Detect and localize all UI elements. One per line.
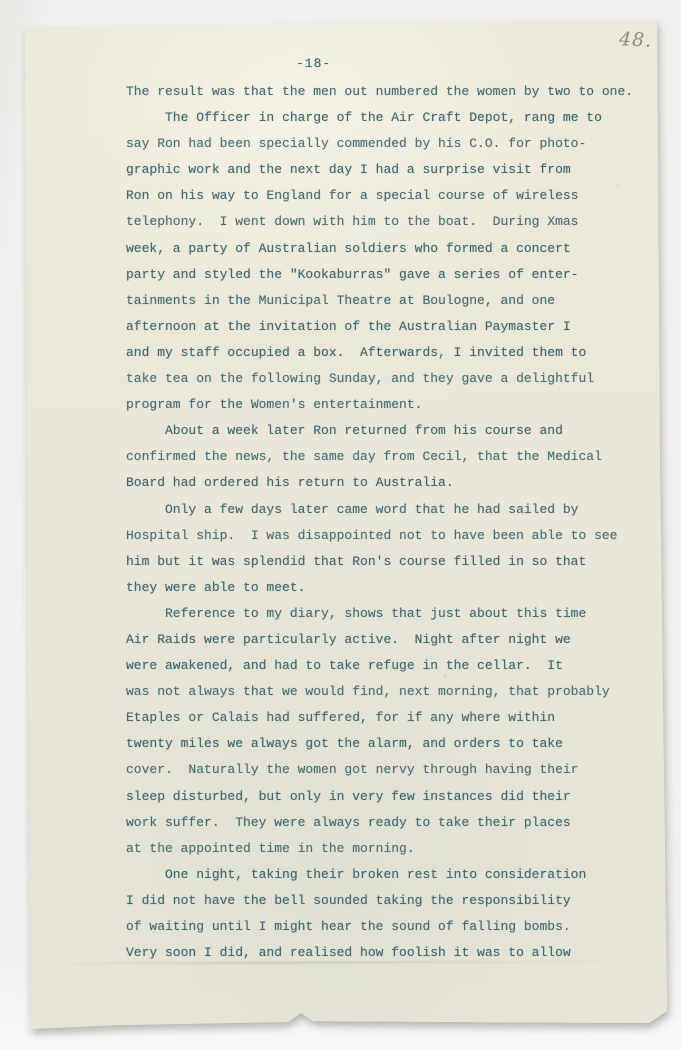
typed-line: Only a few days later came word that he … xyxy=(126,497,656,523)
typewritten-text: The result was that the men out numbered… xyxy=(126,79,656,966)
typed-line: twenty miles we always got the alarm, an… xyxy=(126,731,656,757)
typed-line: Ron on his way to England for a special … xyxy=(126,183,656,209)
typed-line: Air Raids were particularly active. Nigh… xyxy=(126,627,656,653)
typed-line: One night, taking their broken rest into… xyxy=(126,862,656,888)
typed-line: graphic work and the next day I had a su… xyxy=(126,157,656,183)
typed-line: sleep disturbed, but only in very few in… xyxy=(126,784,656,810)
typed-line: work suffer. They were always ready to t… xyxy=(126,810,656,836)
handwritten-folio-number: 48. xyxy=(618,28,652,52)
typed-line: Hospital ship. I was disappointed not to… xyxy=(126,523,656,549)
typed-line: at the appointed time in the morning. xyxy=(126,836,656,862)
page-number: -18- xyxy=(296,56,331,71)
typed-line: I did not have the bell sounded taking t… xyxy=(126,888,656,914)
typed-line: program for the Women's entertainment. xyxy=(126,392,656,418)
typed-line: Etaples or Calais had suffered, for if a… xyxy=(126,705,656,731)
typed-line: Reference to my diary, shows that just a… xyxy=(126,601,656,627)
typed-line: Board had ordered his return to Australi… xyxy=(126,470,656,496)
typed-line: take tea on the following Sunday, and th… xyxy=(126,366,656,392)
typed-line: afternoon at the invitation of the Austr… xyxy=(126,314,656,340)
paper-surface: 48. -18- The result was that the men out… xyxy=(0,0,681,1050)
scan-background: 48. -18- The result was that the men out… xyxy=(0,0,681,1050)
typed-line: week, a party of Australian soldiers who… xyxy=(126,236,656,262)
paper-sheet: 48. -18- The result was that the men out… xyxy=(0,0,681,1050)
typed-line: The Officer in charge of the Air Craft D… xyxy=(126,105,656,131)
typed-line: party and styled the "Kookaburras" gave … xyxy=(126,262,656,288)
typed-line: was not always that we would find, next … xyxy=(126,679,656,705)
typed-line: say Ron had been specially commended by … xyxy=(126,131,656,157)
typed-line: About a week later Ron returned from his… xyxy=(126,418,656,444)
typed-line: The result was that the men out numbered… xyxy=(126,79,656,105)
typed-line: of waiting until I might hear the sound … xyxy=(126,914,656,940)
typed-line: confirmed the news, the same day from Ce… xyxy=(126,444,656,470)
typed-line: cover. Naturally the women got nervy thr… xyxy=(126,757,656,783)
typed-line: were awakened, and had to take refuge in… xyxy=(126,653,656,679)
typed-line: telephony. I went down with him to the b… xyxy=(126,209,656,235)
typed-line: him but it was splendid that Ron's cours… xyxy=(126,549,656,575)
typed-line: they were able to meet. xyxy=(126,575,656,601)
typed-line: tainments in the Municipal Theatre at Bo… xyxy=(126,288,656,314)
typed-line: and my staff occupied a box. Afterwards,… xyxy=(126,340,656,366)
